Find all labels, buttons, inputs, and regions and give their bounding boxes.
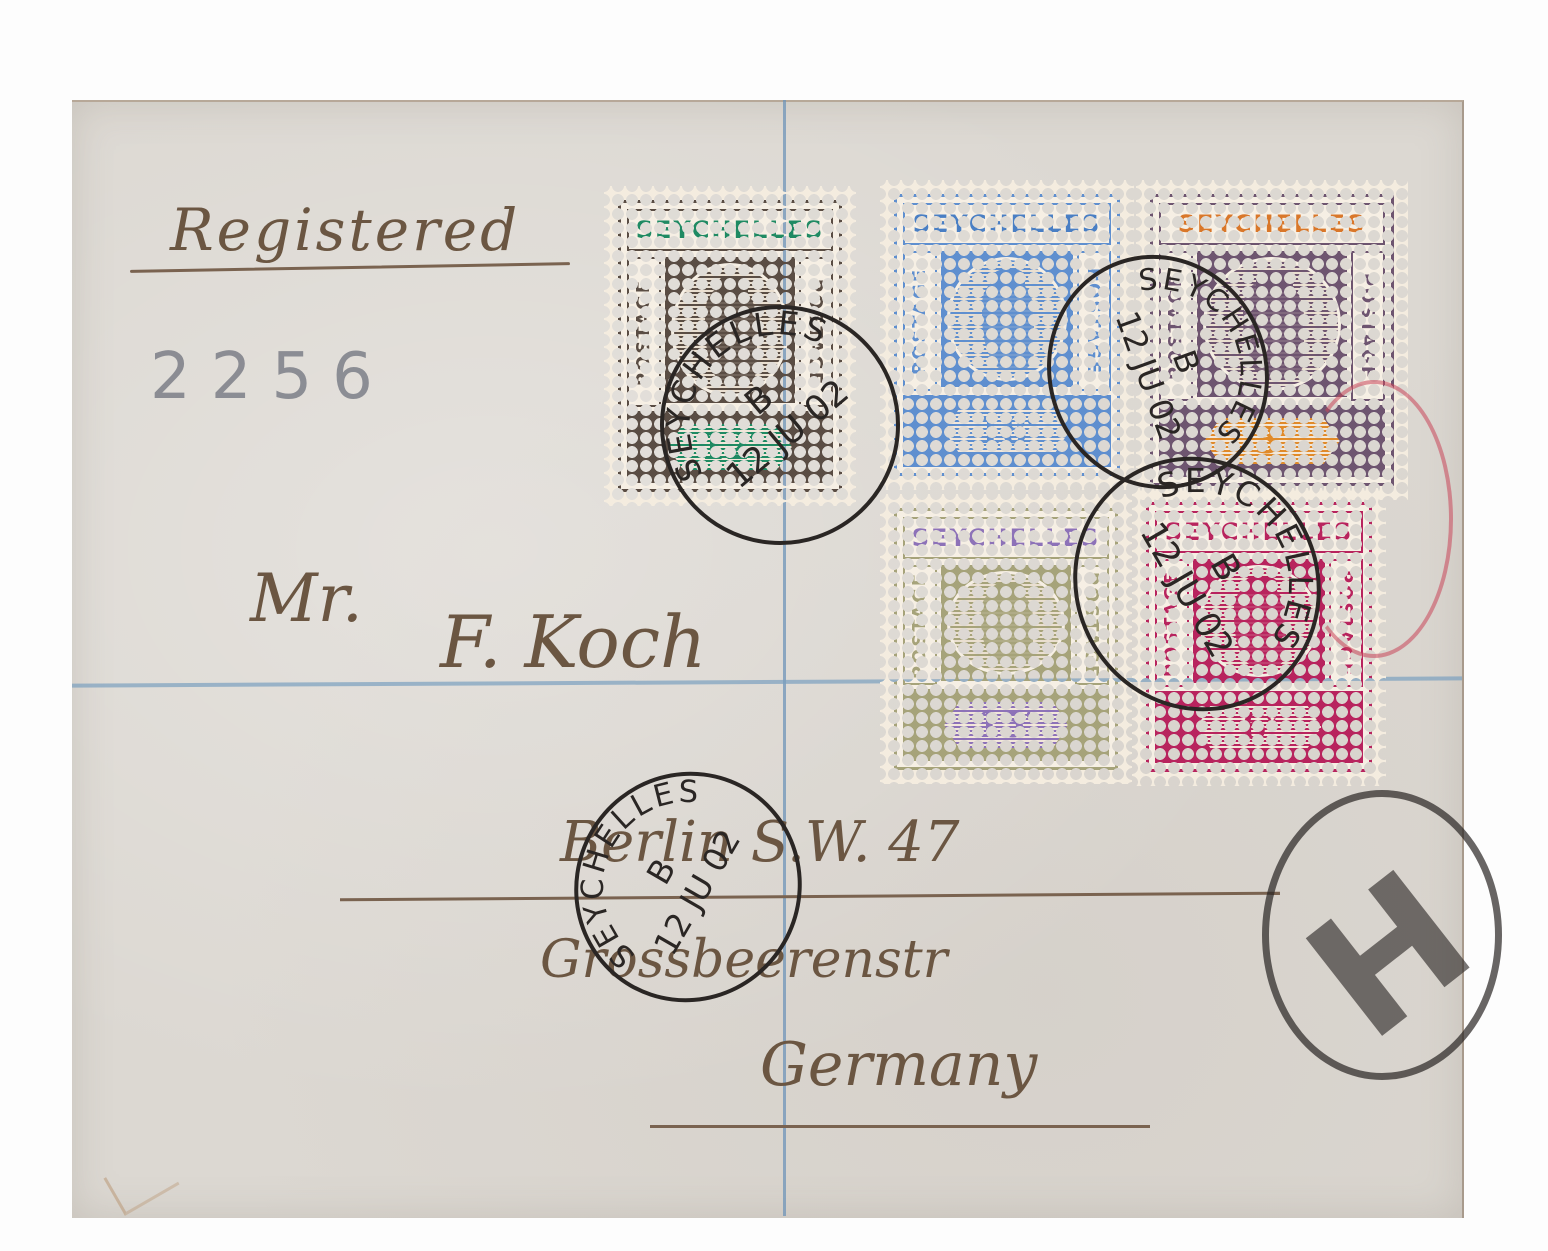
queen-medallion xyxy=(947,571,1065,675)
registration-number: 2256 xyxy=(150,340,393,414)
queen-victoria-portrait xyxy=(981,588,1033,664)
svg-text:B: B xyxy=(639,852,683,890)
svg-text:B: B xyxy=(738,378,782,424)
stamp-postage-left: POSTAGE xyxy=(903,565,937,685)
svg-text:B: B xyxy=(1165,345,1207,378)
address-country: Germany xyxy=(760,1030,1037,1100)
stamp-denomination: 6c xyxy=(1242,706,1277,748)
stamp-country: SEYCHELLES xyxy=(627,209,833,251)
registered-endorsement: Registered xyxy=(170,196,520,264)
stamp-denomination: 15c xyxy=(976,704,1036,746)
stamp-denomination: 18c xyxy=(977,410,1037,452)
country-underline xyxy=(650,1125,1150,1128)
svg-text:12 JU 02: 12 JU 02 xyxy=(647,823,749,961)
addressee-name: F. Koch xyxy=(440,600,706,684)
stamp-country: SEYCHELLES xyxy=(903,203,1111,245)
crown-icon xyxy=(993,582,1024,598)
h-letter: H xyxy=(1273,834,1507,1078)
addressee-title: Mr. xyxy=(250,560,363,637)
stamp-portrait-panel xyxy=(941,565,1071,681)
h-transit-mark: H xyxy=(1262,790,1502,1080)
stamp-postage-left: POSTAGE xyxy=(903,251,937,391)
crown-icon xyxy=(993,269,1025,288)
stamp-value-panel: 15c xyxy=(903,689,1109,761)
svg-text:B: B xyxy=(1202,547,1250,589)
svg-text:12 JU 02: 12 JU 02 xyxy=(1132,515,1242,664)
stamp-postage-right: POSTAGE xyxy=(1351,251,1385,401)
crown-icon xyxy=(717,276,748,296)
crown-icon xyxy=(1256,270,1293,290)
